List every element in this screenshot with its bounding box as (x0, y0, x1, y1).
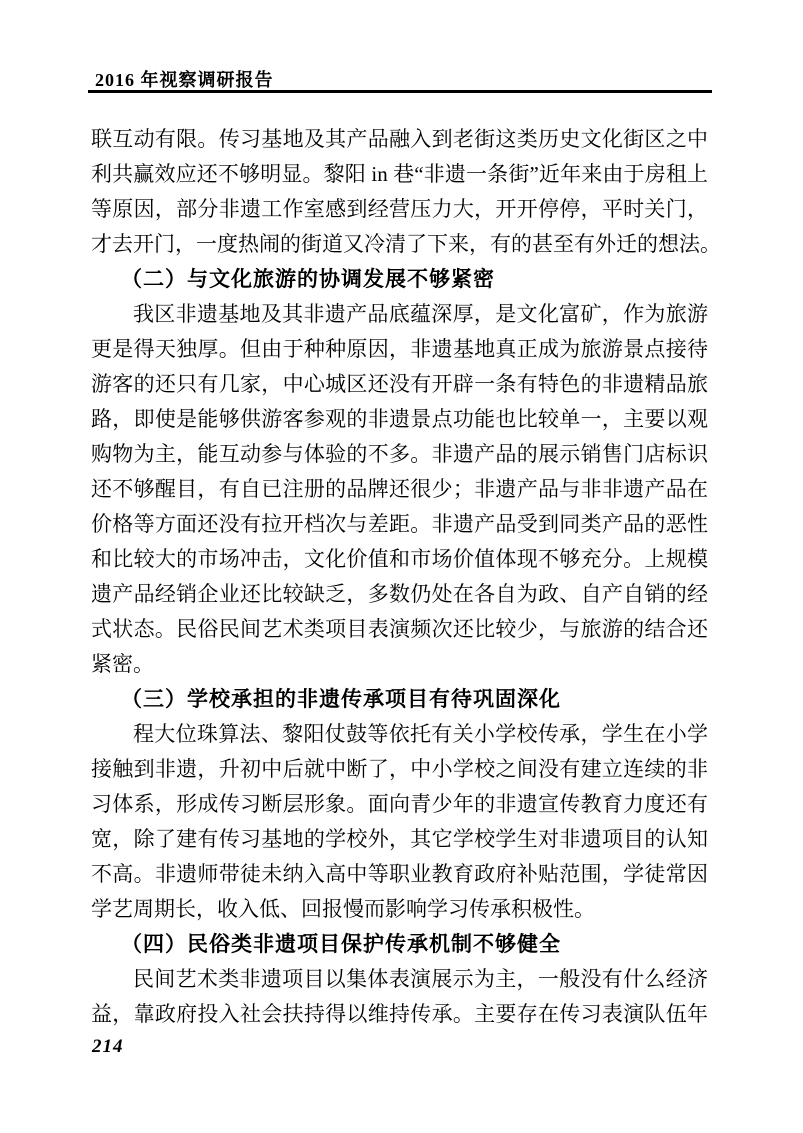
body-line: 紧密。 (91, 647, 708, 682)
body-line: 我区非遗基地及其非遗产品底蕴深厚，是文化富矿，作为旅游资源 (91, 297, 708, 332)
body-line: 和比较大的市场冲击，文化价值和市场价值体现不够充分。上规模的非 (91, 542, 708, 577)
body-line: 民间艺术类非遗项目以集体表演展示为主，一般没有什么经济效 (91, 962, 708, 997)
body-line: 利共赢效应还不够明显。黎阳 in 巷“非遗一条街”近年来由于房租上涨 (91, 157, 708, 192)
body-line: 遗产品经销企业还比较缺乏，多数仍处在各自为政、自产自销的经营模 (91, 577, 708, 612)
body-line: 还不够醒目，有自已注册的品牌还很少；非遗产品与非非遗产品在包装、 (91, 472, 708, 507)
body-line: 游客的还只有几家，中心城区还没有开辟一条有特色的非遗精品旅游线 (91, 367, 708, 402)
body-line: 学艺周期长，收入低、回报慢而影响学习传承积极性。 (91, 892, 708, 927)
body-line: 才去开门，一度热闹的街道又冷清了下来，有的甚至有外迁的想法。 (91, 227, 708, 262)
body-line: 程大位珠算法、黎阳仗鼓等依托有关小学校传承，学生在小学阶段 (91, 717, 708, 752)
body-line: 益，靠政府投入社会扶持得以维持传承。主要存在传习表演队伍年龄渐 (91, 997, 708, 1032)
section-heading: （二）与文化旅游的协调发展不够紧密 (91, 262, 708, 297)
body-line: 购物为主，能互动参与体验的不多。非遗产品的展示销售门店标识特征 (91, 437, 708, 472)
page-number: 214 (92, 1036, 124, 1058)
body-line: 更是得天独厚。但由于种种原因，非遗基地真正成为旅游景点接待团队 (91, 332, 708, 367)
running-header-title: 2016 年视察调研报告 (95, 66, 274, 92)
body-line: 习体系，形成传习断层形象。面向青少年的非遗宣传教育力度还有待拓 (91, 787, 708, 822)
body-line: 接触到非遗，升初中后就中断了，中小学校之间没有建立连续的非遗传 (91, 752, 708, 787)
body-line: 联互动有限。传习基地及其产品融入到老街这类历史文化街区之中的互 (91, 122, 708, 157)
section-heading: （三）学校承担的非遗传承项目有待巩固深化 (91, 682, 708, 717)
page-body: 联互动有限。传习基地及其产品融入到老街这类历史文化街区之中的互利共赢效应还不够明… (91, 122, 708, 1032)
body-line: 等原因，部分非遗工作室感到经营压力大，开开停停，平时关门，有事 (91, 192, 708, 227)
body-line: 宽，除了建有传习基地的学校外，其它学校学生对非遗项目的认知度还 (91, 822, 708, 857)
header-rule (88, 90, 712, 93)
document-page: 2016 年视察调研报告 联互动有限。传习基地及其产品融入到老街这类历史文化街区… (0, 0, 803, 1133)
body-line: 式状态。民俗民间艺术类项目表演频次还比较少，与旅游的结合还不够 (91, 612, 708, 647)
section-heading: （四）民俗类非遗项目保护传承机制不够健全 (91, 927, 708, 962)
body-line: 不高。非遗师带徒未纳入高中等职业教育政府补贴范围，学徒常因学技 (91, 857, 708, 892)
body-line: 价格等方面还没有拉开档次与差距。非遗产品受到同类产品的恶性竞争 (91, 507, 708, 542)
body-line: 路，即使是能够供游客参观的非遗景点功能也比较单一，主要以观看、 (91, 402, 708, 437)
